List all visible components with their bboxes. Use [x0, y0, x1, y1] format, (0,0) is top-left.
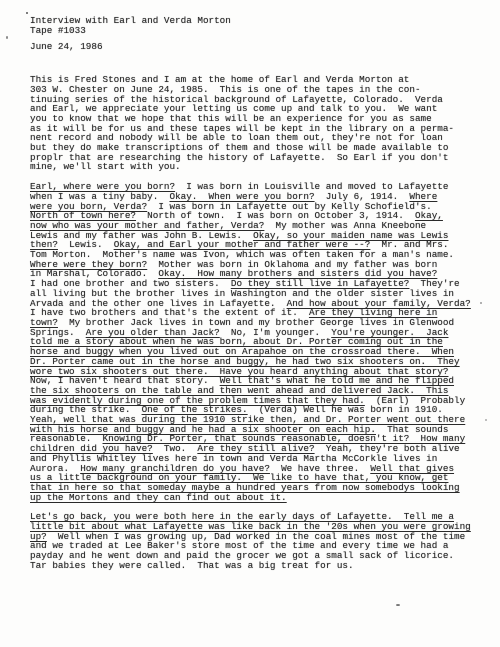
paragraph: This is Fred Stones and I am at the home… — [30, 75, 486, 172]
paragraph: Let's go back, you were both here in the… — [30, 512, 486, 570]
answer-text: mine, we'll start with you. — [30, 161, 181, 172]
scanned-page: Interview with Earl and Verda Morton Tap… — [0, 0, 500, 647]
scan-speck — [396, 604, 400, 606]
underlined-question: up the Mortons and they can find out abo… — [30, 492, 287, 503]
document-body: This is Fred Stones and I am at the home… — [30, 75, 486, 570]
paragraph: Earl, where were you born? I was born in… — [30, 182, 486, 502]
scan-speck — [26, 12, 28, 14]
text-line: up the Mortons and they can find out abo… — [30, 493, 486, 503]
tape-number: Tape #1033 — [30, 26, 486, 36]
text-line: mine, we'll start with you. — [30, 162, 486, 172]
document-title: Interview with Earl and Verda Morton — [30, 16, 486, 26]
document-date: June 24, 1986 — [30, 42, 486, 52]
answer-text: Tar babies they were called. That was a … — [30, 560, 354, 571]
text-line: Tar babies they were called. That was a … — [30, 561, 486, 571]
document-content: Interview with Earl and Verda Morton Tap… — [30, 16, 486, 581]
document-header: Interview with Earl and Verda Morton Tap… — [30, 16, 486, 52]
scan-speck — [6, 36, 8, 39]
